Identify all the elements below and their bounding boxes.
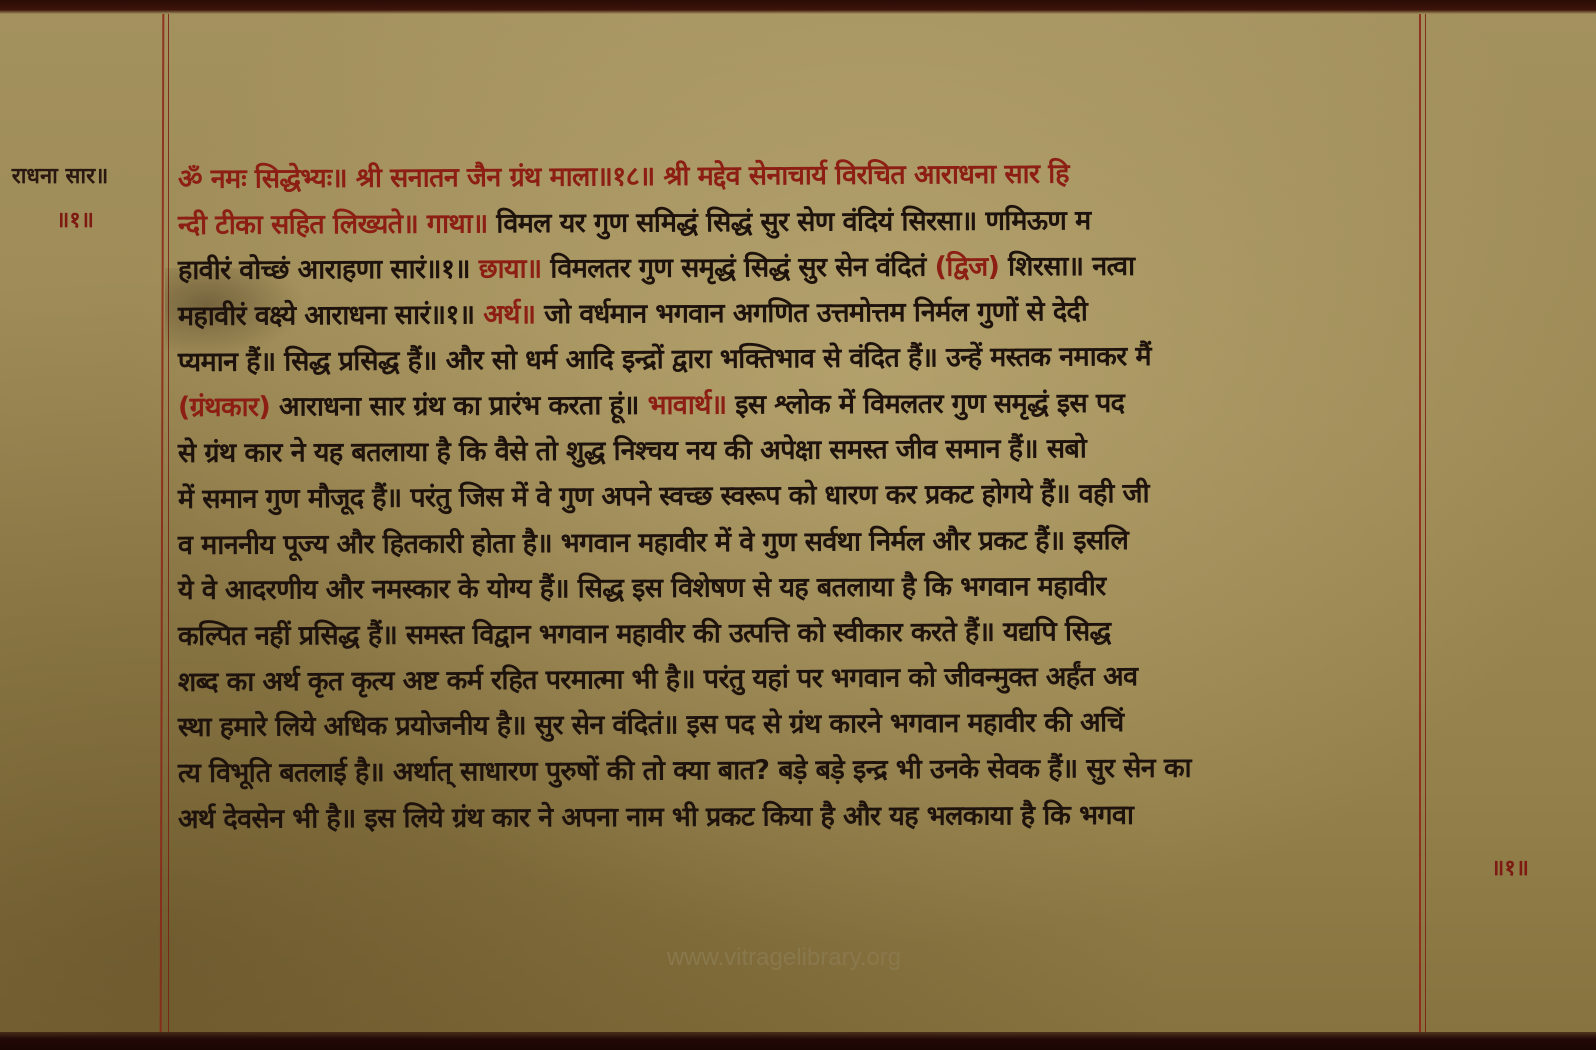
manuscript-line: से ग्रंथ कार ने यह बतलाया है कि वैसे तो … [178,428,1408,480]
body-text: ये वे आदरणीय और नमस्कार के योग्य हैं॥ सि… [178,571,1106,606]
right-margin-rule-outer [1419,14,1421,1032]
body-text: सुर सेन वंदितं॥ इस पद से ग्रंथ कारने भगव… [535,707,1124,741]
body-text: में समान गुण मौजूद हैं॥ परंतु जिस में वे… [178,478,1149,515]
manuscript-line: स्था हमारे लिये अधिक प्रयोजनीय है॥ सुर स… [178,702,1408,754]
manuscript-line: त्य विभूति बतलाई है॥ अर्थात् साधारण पुरु… [178,747,1408,799]
manuscript-line: महावीरं वक्ष्ये आराधना सारं॥१॥ अर्थ॥ जो … [178,291,1408,343]
body-text: से ग्रंथ कार ने यह बतलाया है कि वैसे तो … [178,433,1086,469]
manuscript-page: राधना सार॥ ॥१॥ ॥१॥ ॐ नमः सिद्धेभ्यः॥ श्र… [0,0,1596,1050]
body-text: विमलतर गुण समृद्धं सिद्धं सुर सेन वंदितं [541,252,934,285]
body-text: अर्थ देवसेन भी है॥ इस लिये ग्रंथ कार ने … [178,799,1133,834]
manuscript-line: कल्पित नहीं प्रसिद्ध हैं॥ समस्त विद्वान … [178,610,1408,662]
manuscript-line: शब्द का अर्थ कृत कृत्य अष्ट कर्म रहित पर… [178,655,1408,708]
rubric-text: (द्विज) [935,252,1000,283]
manuscript-line: न्दी टीका सहित लिख्यते॥ गाथा॥ विमल यर गु… [178,199,1408,251]
manuscript-line: (ग्रंथकार) आराधना सार ग्रंथ का प्रारंभ क… [178,383,1408,434]
manuscript-line: ॐ नमः सिद्धेभ्यः॥ श्री सनातन जैन ग्रंथ म… [178,152,1408,205]
body-text: व माननीय पूज्य और हितकारी होता है॥ भगवान… [178,525,1128,561]
body-text: शब्द का अर्थ कृत कृत्य अष्ट कर्म रहित पर… [178,661,1138,698]
watermark: www.vitragelibrary.org [624,944,944,972]
rubric-text: भावार्थ॥ [647,390,726,421]
folio-number-left: ॥१॥ [0,204,150,234]
manuscript-line: में समान गुण मौजूद हैं॥ परंतु जिस में वे… [178,472,1408,525]
body-text: जो वर्धमान भगवान अगणित उत्तमोत्तम निर्मल… [535,296,1087,330]
body-text: कल्पित नहीं प्रसिद्ध हैं॥ समस्त विद्वान … [178,616,1111,652]
manuscript-text-block: ॐ नमः सिद्धेभ्यः॥ श्री सनातन जैन ग्रंथ म… [178,160,1410,845]
rubric-text: अर्थ॥ [483,299,535,330]
page-top-edge [0,0,1596,14]
left-margin-note: राधना सार॥ ॥१॥ [0,160,150,234]
rubric-text: (ग्रंथकार) [178,392,270,423]
body-text: इस श्लोक में विमलतर गुण समृद्धं इस पद [726,388,1124,421]
page-bottom-edge [0,1032,1596,1050]
manuscript-line: व माननीय पूज्य और हितकारी होता है॥ भगवान… [178,519,1408,571]
left-margin-rule-outer [160,14,165,1032]
rubric-text: ॐ नमः सिद्धेभ्यः॥ श्री सनातन जैन ग्रंथ म… [178,159,1069,195]
body-text: शिरसा॥ नत्वा [999,251,1134,283]
manuscript-line: प्यमान हैं॥ सिद्ध प्रसिद्ध हैं॥ और सो धर… [178,335,1408,388]
folio-number-right: ॥१॥ [1450,852,1570,882]
left-margin-rule-inner [168,14,169,1032]
rubric-text: न्दी टीका सहित लिख्यते॥ गाथा॥ [178,208,488,241]
manuscript-line: हावीरं वोच्छं आराहणा सारं॥१॥ छाया॥ विमलत… [178,246,1408,297]
body-text: महावीरं वक्ष्ये आराधना सारं॥१॥ [178,299,483,332]
body-text: त्य विभूति बतलाई है॥ अर्थात् साधारण पुरु… [178,753,1191,789]
margin-title: राधना सार॥ [0,160,150,190]
body-text: स्था हमारे लिये अधिक प्रयोजनीय है॥ [178,710,535,743]
body-text: विमल यर गुण समिद्धं सिद्धं सुर सेण वंदिय… [488,205,1091,239]
rubric-text: छाया॥ [479,254,542,285]
manuscript-line: ये वे आदरणीय और नमस्कार के योग्य हैं॥ सि… [178,566,1408,617]
body-text: प्यमान हैं॥ सिद्ध प्रसिद्ध हैं॥ और सो धर… [178,341,1151,378]
manuscript-line: अर्थ देवसेन भी है॥ इस लिये ग्रंथ कार ने … [178,794,1408,845]
body-text: आराधना सार ग्रंथ का प्रारंभ करता हूं॥ [270,390,647,423]
body-text: हावीरं वोच्छं आराहणा सारं॥१॥ [178,254,479,286]
right-margin-rule-inner [1425,14,1426,1032]
